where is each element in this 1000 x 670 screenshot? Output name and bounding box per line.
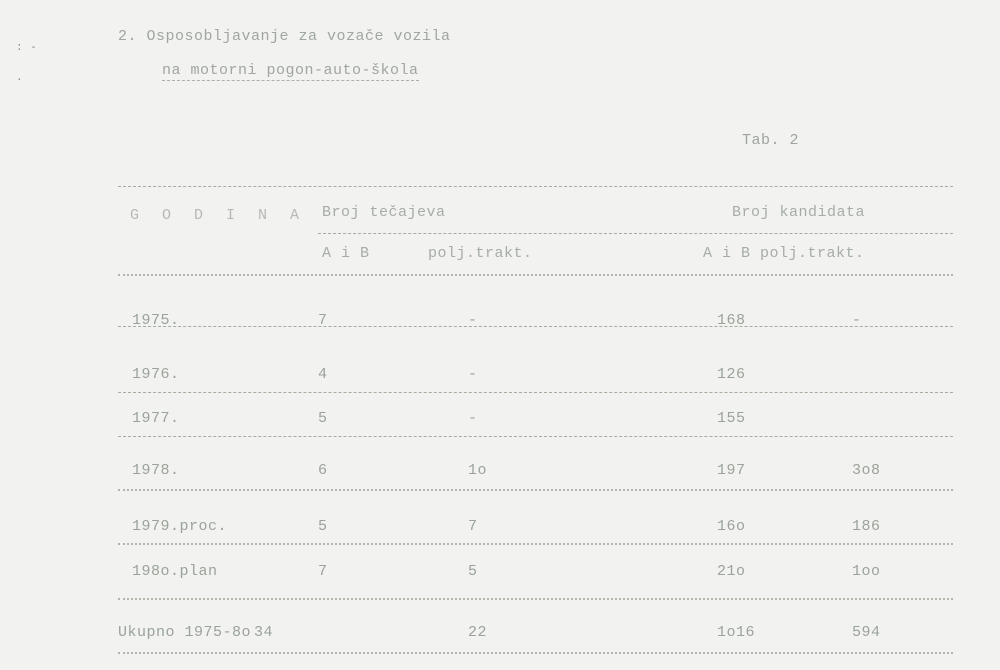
cell-candidates-tractor: 3o8 (852, 462, 881, 479)
cell-candidates-tractor: 1oo (852, 563, 881, 580)
cell-courses-ab: 5 (318, 518, 328, 535)
cell-courses-ab: 6 (318, 462, 328, 479)
total-candidates-tractor: 594 (852, 624, 881, 641)
total-candidates-ab: 1o16 (717, 624, 755, 641)
cell-candidates-ab: 126 (717, 366, 746, 383)
cell-candidates-ab: 197 (717, 462, 746, 479)
header-year: G O D I N A (130, 207, 306, 224)
total-courses-tractor: 22 (468, 624, 487, 641)
header-candidates-ab-tractor: A i B polj.trakt. (703, 245, 865, 262)
cell-courses-tractor: 1o (468, 462, 487, 479)
cell-courses-tractor: - (468, 366, 478, 383)
table-rule (118, 598, 953, 600)
cell-courses-tractor: 7 (468, 518, 478, 535)
cell-courses-ab: 4 (318, 366, 328, 383)
margin-mark: : - (16, 42, 37, 54)
header-courses-tractor: polj.trakt. (428, 245, 533, 262)
table-rule (118, 392, 953, 393)
cell-candidates-tractor: 186 (852, 518, 881, 535)
total-label: Ukupno 1975-8o (118, 624, 251, 641)
cell-year: 198o.plan (132, 563, 218, 580)
table-rule (318, 233, 953, 234)
cell-courses-tractor: - (468, 410, 478, 427)
table-rule (118, 436, 953, 437)
total-courses-ab: 34 (254, 624, 273, 641)
typewritten-page: : - . 2. Osposobljavanje za vozače vozil… (0, 0, 1000, 670)
cell-year: 1977. (132, 410, 180, 427)
header-courses: Broj tečajeva (322, 204, 446, 221)
cell-year: 1978. (132, 462, 180, 479)
table-label: Tab. 2 (742, 132, 799, 149)
cell-year: 1979.proc. (132, 518, 227, 535)
cell-courses-ab: 5 (318, 410, 328, 427)
cell-candidates-ab: 21o (717, 563, 746, 580)
table-rule (118, 186, 953, 187)
cell-year: 1976. (132, 366, 180, 383)
header-candidates: Broj kandidata (732, 204, 865, 221)
table-rule (118, 652, 953, 654)
cell-candidates-ab: 16o (717, 518, 746, 535)
cell-courses-tractor: 5 (468, 563, 478, 580)
cell-courses-ab: 7 (318, 563, 328, 580)
table-rule (118, 489, 953, 491)
header-courses-ab: A i B (322, 245, 370, 262)
margin-mark: . (16, 72, 23, 84)
section-title: 2. Osposobljavanje za vozače vozila (118, 28, 451, 45)
cell-candidates-ab: 155 (717, 410, 746, 427)
section-subtitle: na motorni pogon-auto-škola (162, 62, 419, 81)
table-rule (118, 274, 953, 276)
table-rule (118, 543, 953, 545)
table-rule (118, 326, 953, 327)
